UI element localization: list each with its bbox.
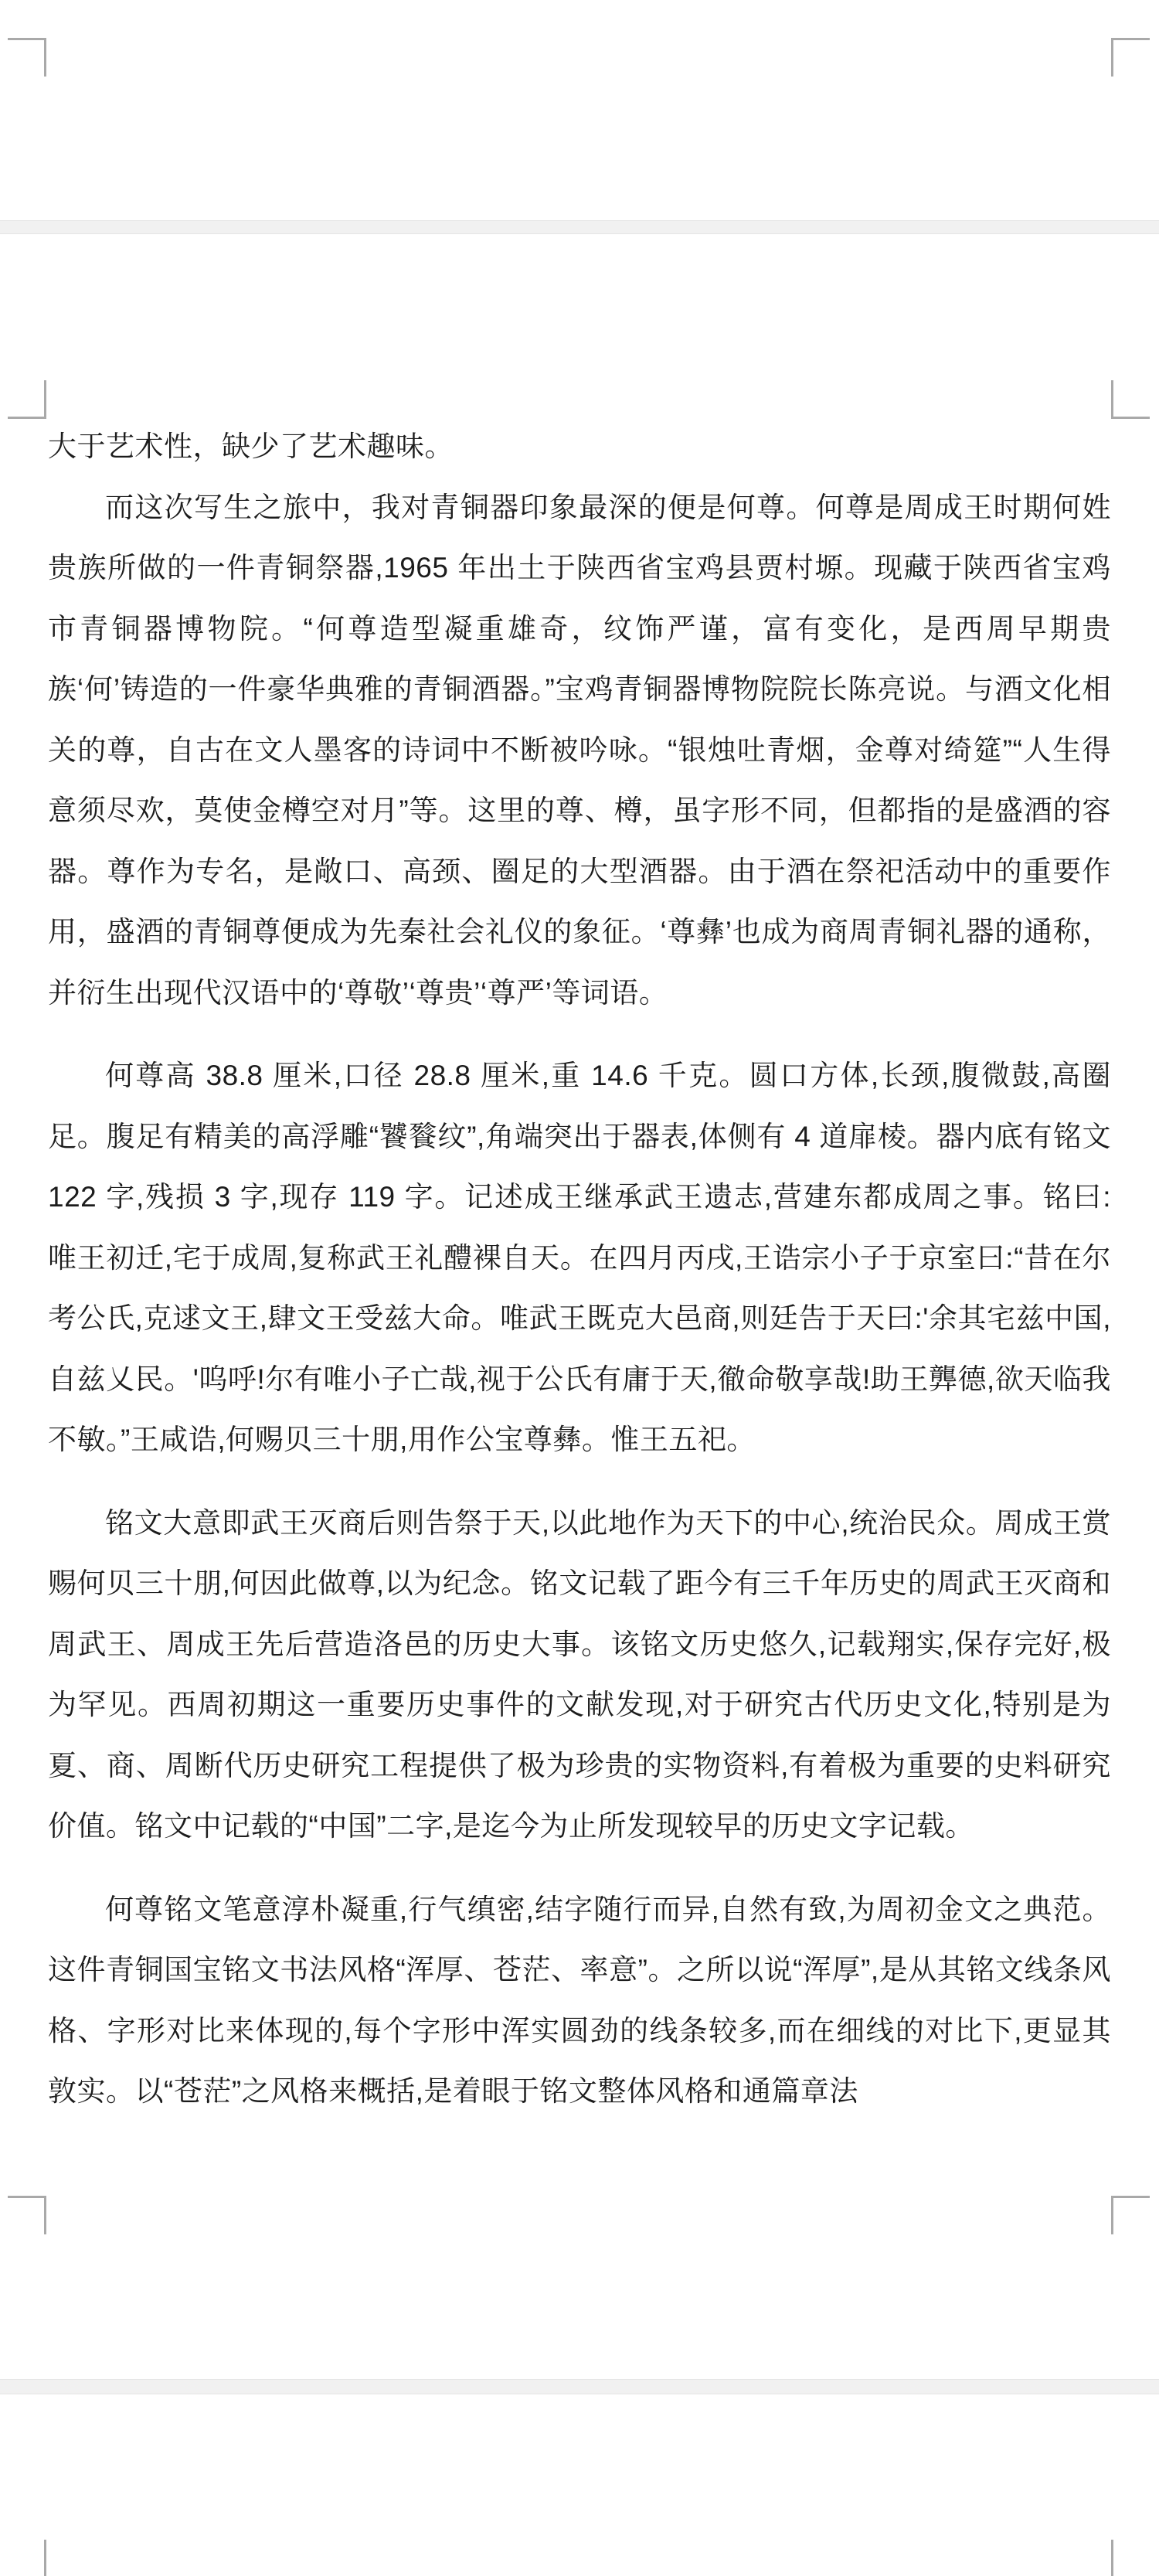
crop-mark-top-left [8, 380, 46, 419]
crop-mark-top-right [1111, 380, 1150, 419]
paragraph[interactable]: 铭文大意即武王灭商后则告祭于天,以此地作为天下的中心,统治民众。周成王赏赐何贝三… [48, 1493, 1111, 1857]
crop-mark-bottom-left [8, 2196, 46, 2234]
page-separator-bottom [0, 2379, 1159, 2394]
crop-mark-prev-page-bottom-left [8, 38, 46, 77]
paragraph[interactable]: 何尊铭文笔意淳朴凝重,行气缜密,结字随行而异,自然有致,为周初金文之典范。这件青… [48, 1880, 1111, 2122]
paragraph[interactable]: 而这次写生之旅中，我对青铜器印象最深的便是何尊。何尊是周成王时期何姓贵族所做的一… [48, 478, 1111, 1024]
crop-mark-next-page-top-left [8, 2540, 46, 2576]
crop-mark-prev-page-bottom-right [1111, 38, 1150, 77]
document-canvas: 大于艺术性，缺少了艺术趣味。而这次写生之旅中，我对青铜器印象最深的便是何尊。何尊… [0, 0, 1159, 2576]
crop-mark-next-page-top-right [1111, 2540, 1150, 2576]
crop-mark-bottom-right [1111, 2196, 1150, 2234]
paragraph[interactable]: 何尊高 38.8 厘米,口径 28.8 厘米,重 14.6 千克。圆口方体,长颈… [48, 1046, 1111, 1471]
document-text-area[interactable]: 大于艺术性，缺少了艺术趣味。而这次写生之旅中，我对青铜器印象最深的便是何尊。何尊… [48, 417, 1111, 2122]
page-separator-top [0, 220, 1159, 234]
paragraph[interactable]: 大于艺术性，缺少了艺术趣味。 [48, 417, 1111, 478]
